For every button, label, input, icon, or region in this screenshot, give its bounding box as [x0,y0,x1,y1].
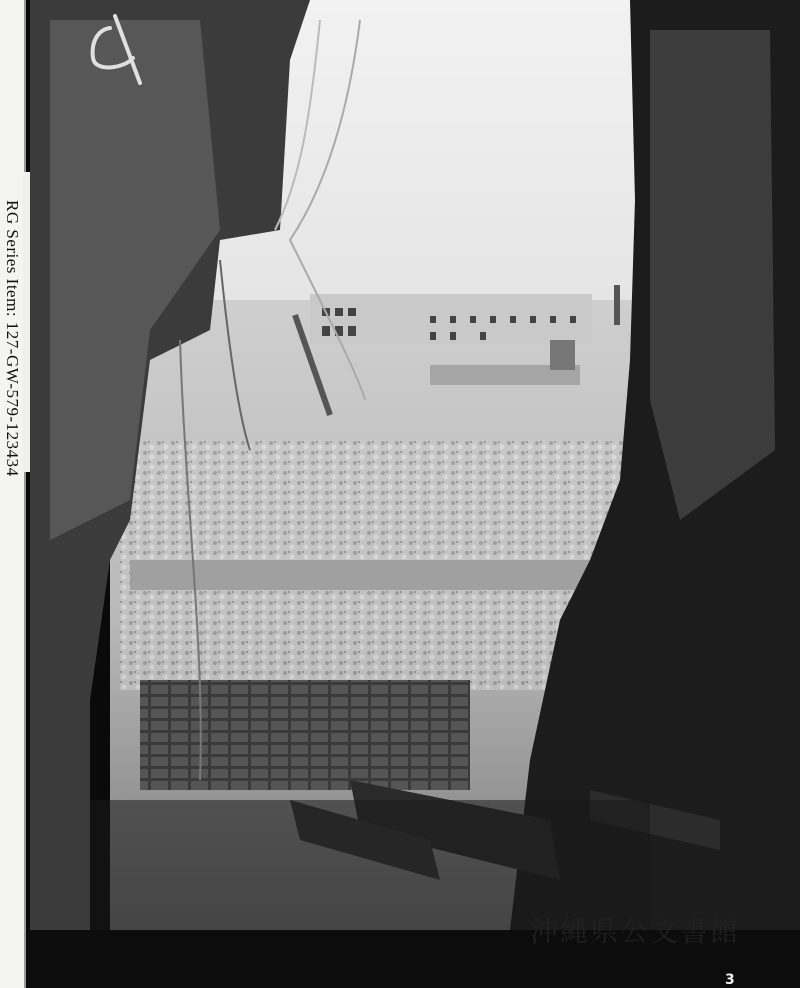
archive-item-id: RG Series Item: 127-GW-579-123434 [2,200,22,477]
archive-watermark: 沖縄県公文書館 [530,910,740,950]
handwritten-mark [85,8,145,88]
photograph [30,0,800,930]
archive-label-strip: RG Series Item: 127-GW-579-123434 [0,0,26,988]
frame-number: 3 [725,972,735,988]
